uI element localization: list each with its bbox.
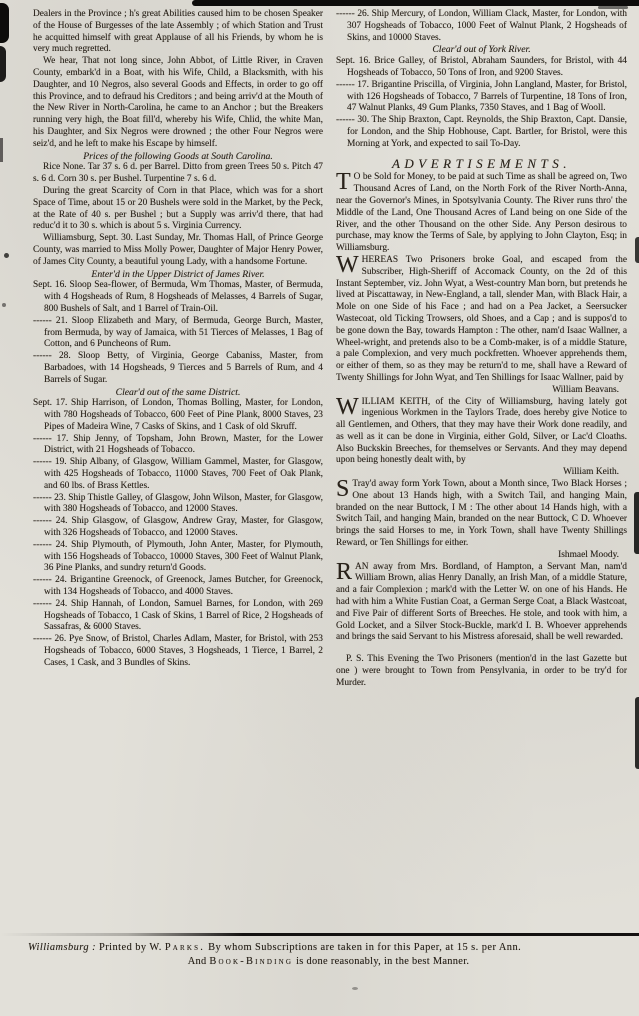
ship-entry: Sept. 17. Ship Harrison, of London, Thom… <box>33 398 323 433</box>
imprint: Williamsburg : Printed by W. Parks. By w… <box>28 941 629 968</box>
imprint-printer-name: Parks. <box>165 942 205 953</box>
drop-cap: T <box>336 172 354 192</box>
ship-entry: ------ 24. Ship Plymouth, of Plymouth, J… <box>33 540 323 575</box>
section-heading-cleared-same-district: Clear'd out of the same District. <box>33 387 323 399</box>
advertisement-land-sale: TO be Sold for Money, to be paid at such… <box>336 172 627 255</box>
scan-artifact-right-tick <box>635 237 639 263</box>
ship-entry: ------ 24. Ship Glasgow, of Glasgow, And… <box>33 516 323 540</box>
ship-entry: Sept. 16. Brice Galley, of Bristol, Abra… <box>336 56 627 80</box>
advertisement-text: AN away from Mrs. Bordland, of Hampton, … <box>336 562 627 643</box>
scan-artifact-right-tick <box>634 492 639 554</box>
ship-entry: Sept. 16. Sloop Sea-flower, of Bermuda, … <box>33 280 323 315</box>
imprint-divider-rule <box>0 933 639 936</box>
newspaper-page: Dealers in the Province ; h's great Abil… <box>0 0 639 1016</box>
drop-cap: R <box>336 562 355 582</box>
imprint-line-1: Williamsburg : Printed by W. Parks. By w… <box>28 941 629 955</box>
paragraph-wedding-news: Williamsburg, Sept. 30. Last Sunday, Mr.… <box>33 233 323 268</box>
imprint-binding-rest: is done reasonably, in the best Manner. <box>296 956 469 967</box>
advertisement-william-keith-taylor: WILLIAM KEITH, of the City of Williamsbu… <box>336 397 627 468</box>
advertisement-strayed-horses: STray'd away form York Town, about a Mon… <box>336 479 627 550</box>
ship-entry: ------ 28. Sloop Betty, of Virginia, Geo… <box>33 351 323 386</box>
advertisement-runaway-servant: RAN away from Mrs. Bordland, of Hampton,… <box>336 562 627 645</box>
ship-entry: ------ 26. Pye Snow, of Bristol, Charles… <box>33 634 323 669</box>
imprint-subscription-note: By whom Subscriptions are taken in for t… <box>208 942 521 953</box>
advertisement-escaped-prisoners: WHEREAS Two Prisoners broke Goal, and es… <box>336 255 627 385</box>
advertisement-text: Tray'd away form York Town, about a Mont… <box>336 479 627 548</box>
signature: William Beavans. <box>336 385 627 397</box>
section-heading-entered-james-river: Enter'd in the Upper District of James R… <box>33 269 323 281</box>
imprint-line-2: And Book-Binding is done reasonably, in … <box>28 955 629 969</box>
body-columns: Dealers in the Province ; h's great Abil… <box>33 9 627 690</box>
left-column: Dealers in the Province ; h's great Abil… <box>33 9 323 690</box>
paragraph-corn-scarcity: During the great Scarcity of Corn in tha… <box>33 186 323 233</box>
ship-entry: ------ 21. Sloop Elizabeth and Mary, of … <box>33 316 323 351</box>
advertisements-heading: ADVERTISEMENTS. <box>336 158 627 170</box>
scan-artifact-left-dot <box>4 253 9 258</box>
scan-artifact-left-dot <box>2 303 6 307</box>
imprint-printed-by: Printed by W. <box>99 942 162 953</box>
drop-cap: S <box>336 479 352 499</box>
ship-entry: ------ 24. Ship Hannah, of London, Samue… <box>33 599 323 634</box>
ship-entry: ------ 30. The Ship Braxton, Capt. Reyno… <box>336 115 627 150</box>
scan-artifact-left-blob <box>0 46 6 82</box>
drop-cap: W <box>336 397 362 417</box>
advertisement-text: ILLIAM KEITH, of the City of Williamsbur… <box>336 397 627 466</box>
scan-artifact-bottom-dot <box>352 987 358 990</box>
advertisement-text: HEREAS Two Prisoners broke Goal, and esc… <box>336 255 627 383</box>
ship-entry: ------ 17. Ship Jenny, of Topsham, John … <box>33 434 323 458</box>
ship-entry: ------ 24. Brigantine Greenock, of Green… <box>33 575 323 599</box>
postscript-paragraph: P. S. This Evening the Two Prisoners (me… <box>336 654 627 689</box>
ship-entry: ------ 17. Brigantine Priscilla, of Virg… <box>336 80 627 115</box>
signature: Ishmael Moody. <box>336 550 627 562</box>
section-heading-cleared-york-river: Clear'd out of York River. <box>336 44 627 56</box>
prices-heading: Prices of the following Goods at South C… <box>33 151 323 163</box>
paragraph-opening-continuation: Dealers in the Province ; h's great Abil… <box>33 9 323 56</box>
advertisement-text: O be Sold for Money, to be paid at such … <box>336 172 627 253</box>
right-column: ------ 26. Ship Mercury, of London, Will… <box>336 9 627 690</box>
imprint-and: And <box>188 956 207 967</box>
imprint-bookbinding: Book-Binding <box>209 956 293 967</box>
ship-entry: ------ 23. Ship Thistle Galley, of Glasg… <box>33 493 323 517</box>
drop-cap: W <box>336 255 362 275</box>
imprint-place: Williamsburg : <box>28 942 96 953</box>
ship-entry: ------ 19. Ship Albany, of Glasgow, Will… <box>33 457 323 492</box>
paragraph-news-john-abbot: We hear, That not long since, John Abbot… <box>33 56 323 150</box>
scan-artifact-left-blob <box>0 3 9 43</box>
scan-artifact-top-bar <box>192 0 639 6</box>
signature: William Keith. <box>336 467 627 479</box>
ship-entry: ------ 26. Ship Mercury, of London, Will… <box>336 9 627 44</box>
paragraph-prices: Rice None. Tar 37 s. 6 d. per Barrel. Di… <box>33 162 323 186</box>
scan-artifact-left-tick <box>0 138 3 162</box>
scan-artifact-right-tick <box>635 697 639 769</box>
